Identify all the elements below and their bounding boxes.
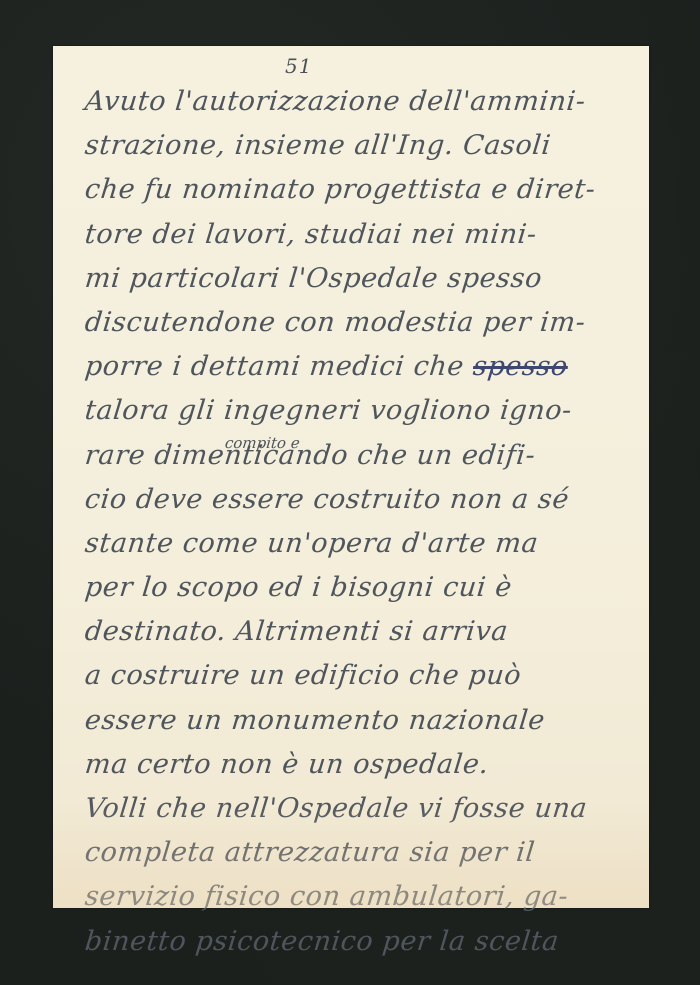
text-line: completa attrezzatura sia per il xyxy=(83,831,640,875)
struck-out-word: spesso xyxy=(472,351,570,382)
handwritten-text-body: Avuto l'autorizzazione dell'ammini- stra… xyxy=(85,80,637,964)
text-line: che fu nominato progettista e diret- xyxy=(83,168,640,212)
text-line: discutendone con modestia per im- xyxy=(83,301,640,345)
text-line: strazione, insieme all'Ing. Casoli xyxy=(83,124,640,168)
text-line: ma certo non è un ospedale. xyxy=(83,743,640,787)
text-line: stante come un'opera d'arte ma xyxy=(83,522,640,566)
text-line: Avuto l'autorizzazione dell'ammini- xyxy=(83,80,640,124)
page-number: 51 xyxy=(285,54,312,78)
text-line: a costruire un edificio che può xyxy=(83,654,640,698)
text-line: tore dei lavori, studiai nei mini- xyxy=(83,213,640,257)
manuscript-page: 51 compito e Avuto l'autorizzazione dell… xyxy=(53,46,649,908)
text-line: rare dimenticando che un edifi- xyxy=(83,434,640,478)
text-line: Volli che nell'Ospedale vi fosse una xyxy=(83,787,640,831)
text-line: talora gli ingegneri vogliono igno- xyxy=(83,389,640,433)
text-line-content: porre i dettami medici che xyxy=(83,351,465,382)
text-line: servizio fisico con ambulatori, ga- xyxy=(83,875,640,919)
text-line: mi particolari l'Ospedale spesso xyxy=(83,257,640,301)
text-line: essere un monumento nazionale xyxy=(83,699,640,743)
text-line: porre i dettami medici che spesso xyxy=(83,345,640,389)
text-line: binetto psicotecnico per la scelta xyxy=(83,920,640,964)
text-line: destinato. Altrimenti si arriva xyxy=(83,610,640,654)
text-line: per lo scopo ed i bisogni cui è xyxy=(83,566,640,610)
text-line: cio deve essere costruito non a sé xyxy=(83,478,640,522)
